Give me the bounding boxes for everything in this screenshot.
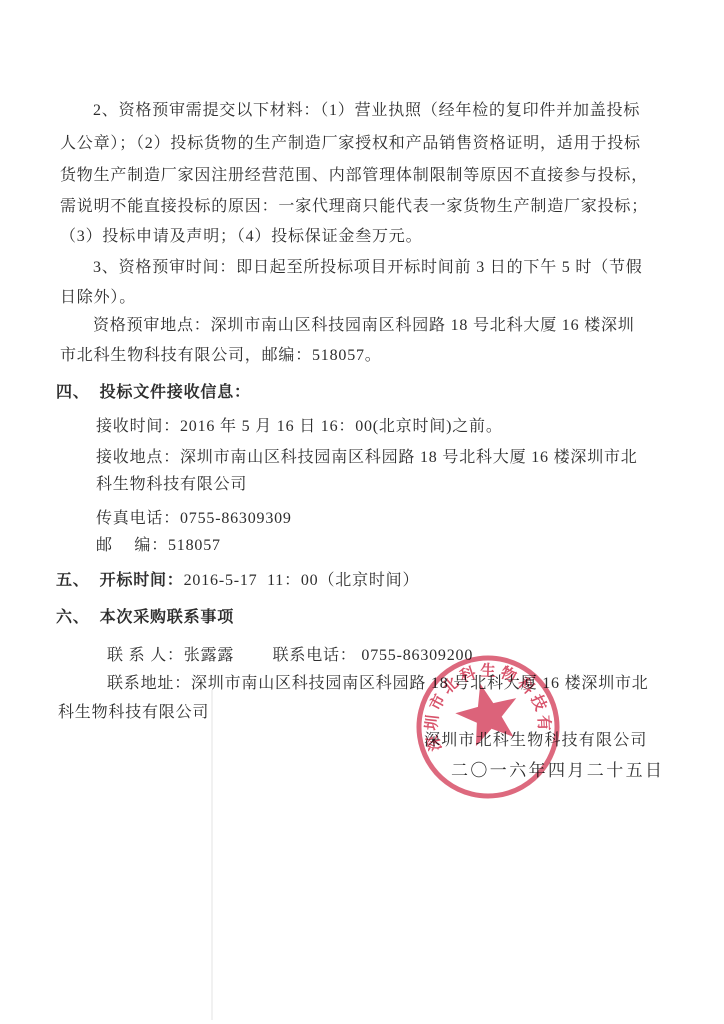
doc-line: 接收时间：2016 年 5 月 16 日 16：00(北京时间)之前。 (96, 417, 503, 437)
doc-line: 需说明不能直接投标的原因：一家代理商只能代表一家货物生产制造厂家投标； (60, 197, 648, 217)
doc-line: 联 系 人：张露露 联系电话： 0755-86309200 (107, 646, 473, 666)
doc-line: 邮 编：518057 (96, 536, 221, 556)
section5-title: 开标时间： (100, 572, 184, 589)
signature-date: 二〇一六年四月二十五日 (451, 761, 664, 781)
section6-title: 本次采购联系事项 (100, 609, 234, 626)
section4-heading: 四、投标文件接收信息： (56, 383, 251, 403)
doc-line: 货物生产制造厂家因注册经营范围、内部管理体制限制等原因不直接参与投标， (60, 166, 648, 186)
doc-line: （3）投标申请及声明；（4）投标保证金叁万元。 (60, 227, 422, 247)
doc-line: 人公章）；（2）投标货物的生产制造厂家授权和产品销售资格证明，适用于投标 (60, 134, 641, 154)
signature-company: 深圳市北科生物科技有限公司 (424, 731, 648, 751)
scan-artifact-line (211, 690, 213, 1020)
doc-line: 资格预审地点：深圳市南山区科技园南区科园路 18 号北科大厦 16 楼深圳 (93, 316, 635, 336)
section5-heading: 五、开标时间：2016-5-17 11：00（北京时间） (56, 571, 419, 591)
doc-line: 联系地址：深圳市南山区科技园南区科园路 18 号北科大厦 16 楼深圳市北 (107, 674, 649, 694)
section4-number: 四、 (56, 384, 90, 401)
section5-value: 2016-5-17 11：00（北京时间） (184, 572, 420, 589)
section6-heading: 六、本次采购联系事项 (56, 608, 234, 628)
section5-number: 五、 (56, 572, 90, 589)
doc-line: 3、资格预审时间：即日起至所投标项目开标时间前 3 日的下午 5 时（节假 (93, 258, 643, 278)
doc-line: 日除外）。 (60, 288, 136, 308)
doc-line: 传真电话：0755-86309309 (96, 509, 292, 529)
doc-line: 市北科生物科技有限公司，邮编：518057。 (60, 346, 382, 366)
doc-line: 科生物科技有限公司 (96, 475, 247, 495)
seal-ring-circle (410, 649, 566, 805)
doc-line: 科生物科技有限公司 (58, 703, 209, 723)
doc-line: 接收地点：深圳市南山区科技园南区科园路 18 号北科大厦 16 楼深圳市北 (96, 448, 638, 468)
section4-title: 投标文件接收信息： (100, 384, 251, 401)
section6-number: 六、 (56, 609, 90, 626)
document-page: 2、资格预审需提交以下材料：（1）营业执照（经年检的复印件并加盖投标 人公章）；… (0, 0, 724, 1024)
doc-line: 2、资格预审需提交以下材料：（1）营业执照（经年检的复印件并加盖投标 (93, 101, 640, 121)
